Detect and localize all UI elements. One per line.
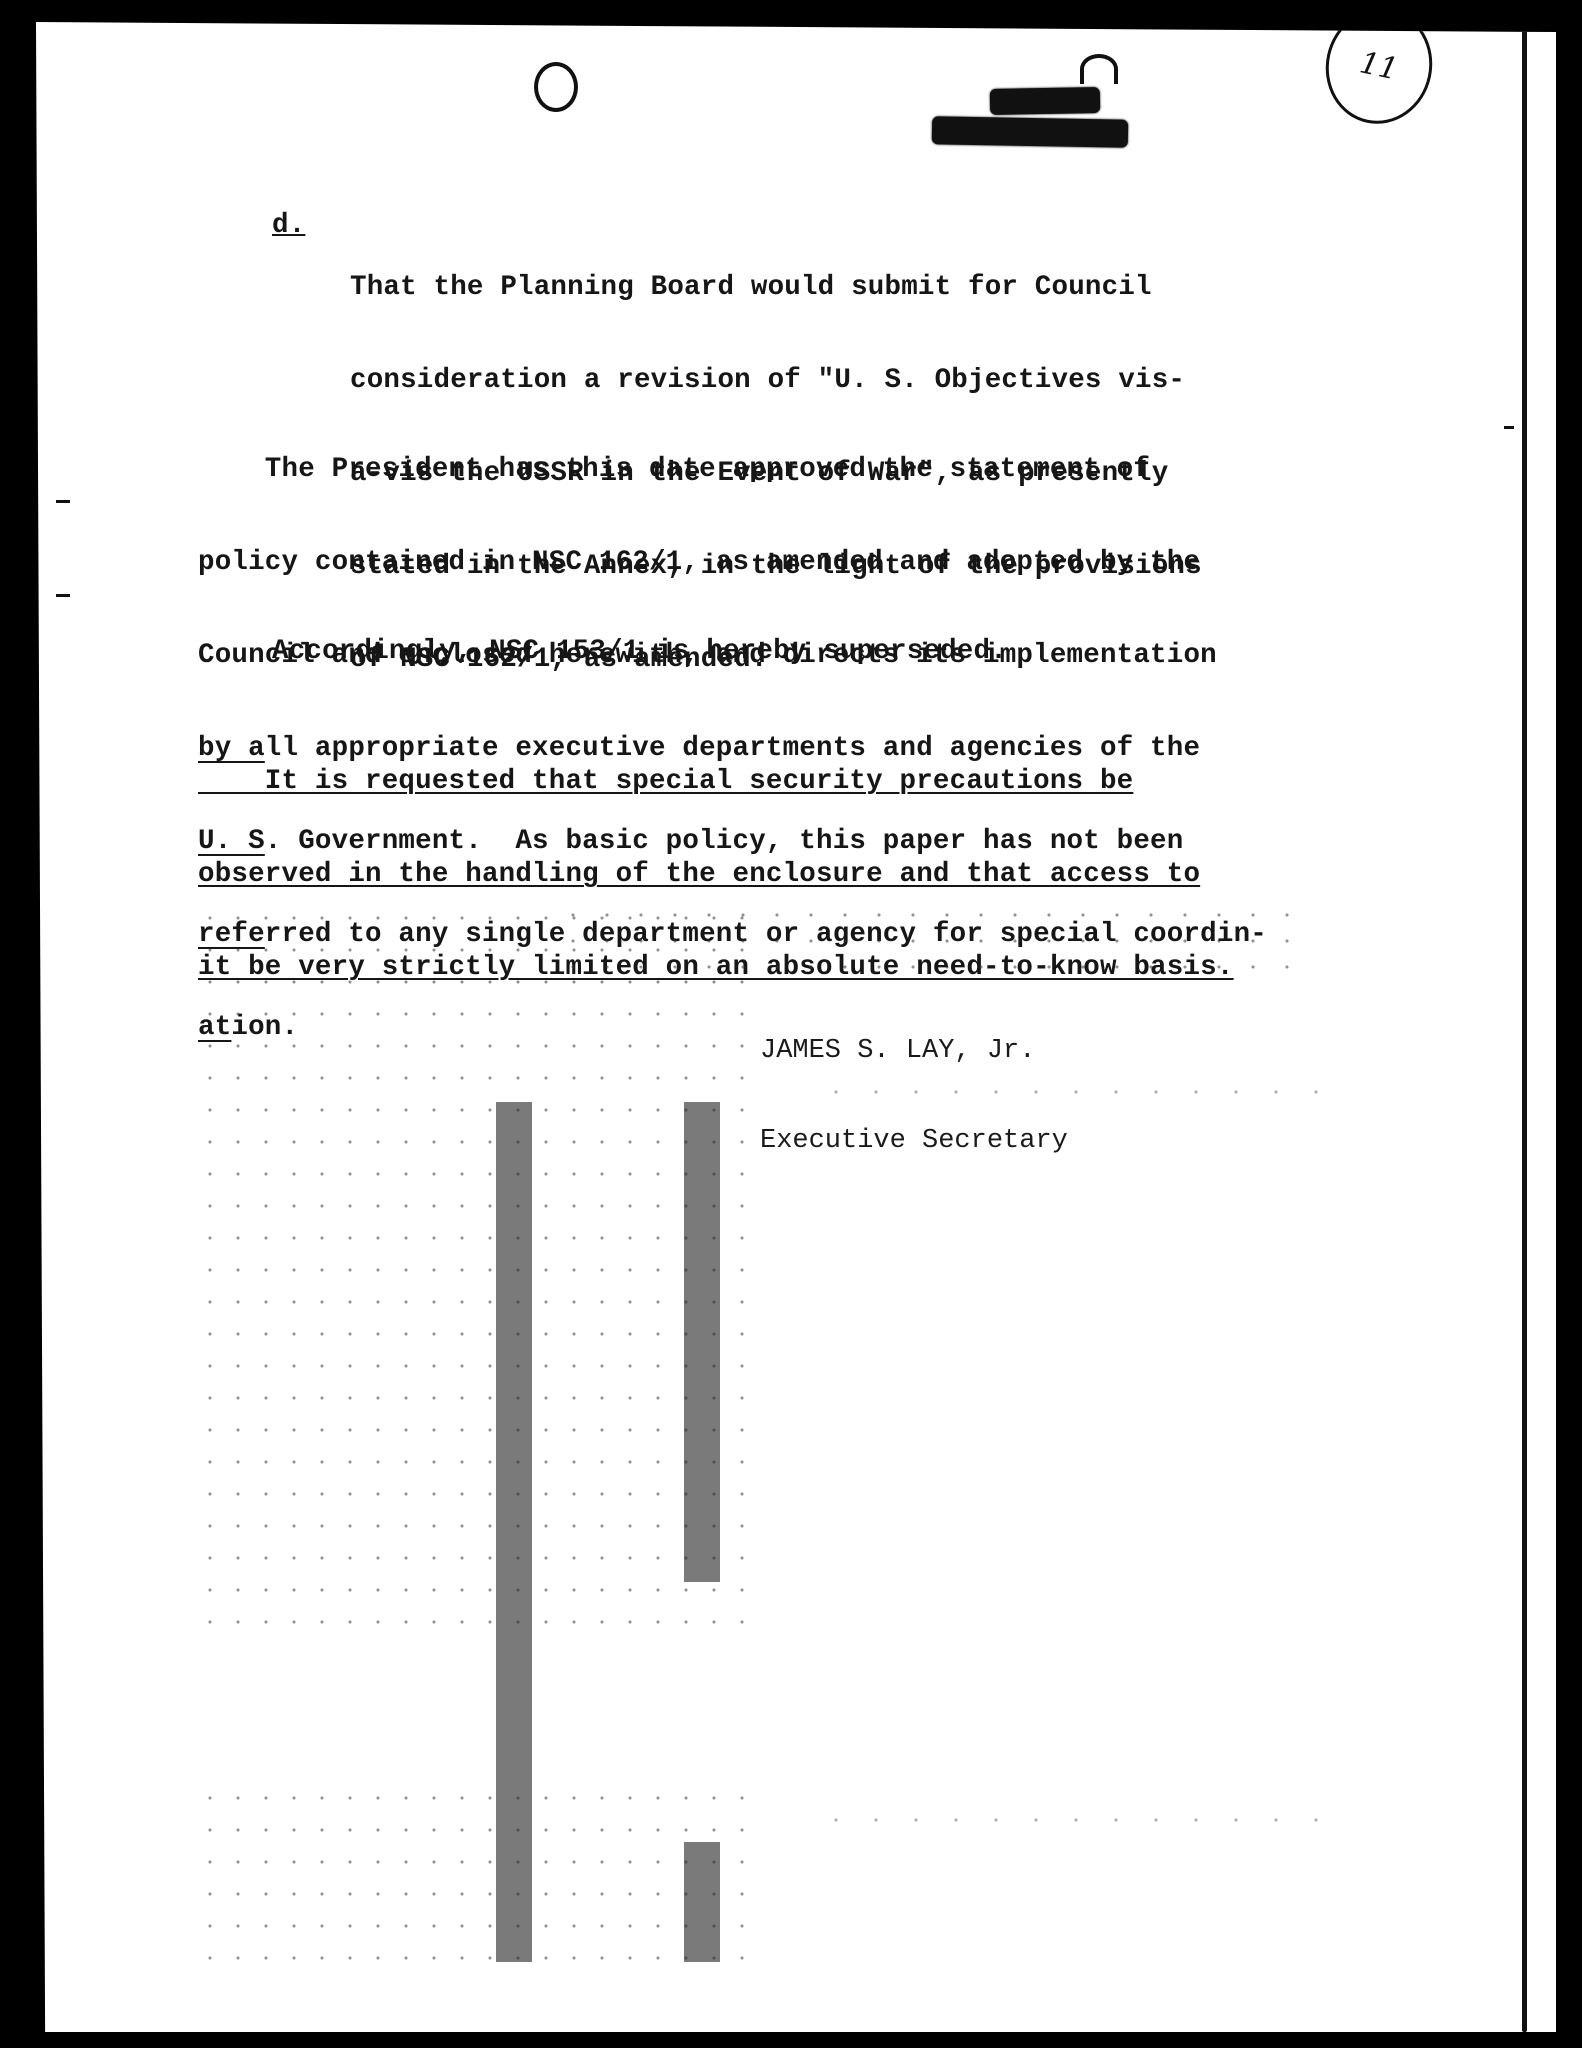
- scan-noise-dots: [556, 902, 1296, 982]
- punch-hole-mark-left: [534, 62, 578, 112]
- scan-noise-dots: [196, 1782, 756, 1962]
- signatory-name: JAMES S. LAY, Jr.: [760, 1036, 1068, 1066]
- signature-block: JAMES S. LAY, Jr. Executive Secretary: [760, 976, 1068, 1216]
- signatory-title: Executive Secretary: [760, 1126, 1068, 1156]
- margin-mark: [1504, 426, 1514, 429]
- punch-hole-mark-center: [1080, 54, 1118, 84]
- margin-mark: [56, 594, 70, 597]
- text-line: The President has this date approved the…: [198, 454, 1267, 485]
- page-number-text: 11: [1357, 45, 1402, 87]
- text-line: It is requested that special security pr…: [198, 766, 1234, 797]
- scan-noise-dots: [196, 902, 756, 1642]
- text-line: policy contained in NSC 162/1, as amende…: [198, 547, 1267, 578]
- text-line: observed in the handling of the enclosur…: [198, 859, 1234, 890]
- scan-noise-dashes: [684, 1102, 754, 1582]
- margin-mark: [56, 500, 70, 503]
- paragraph-d-marker: d.: [272, 210, 305, 241]
- scan-noise-dots: [816, 1810, 1336, 1830]
- document-page: 11 d. That the Planning Board would subm…: [36, 22, 1556, 2032]
- redaction-block: [990, 87, 1100, 115]
- handwritten-page-number: 11: [1315, 0, 1443, 134]
- vertical-margin-rule: [1522, 22, 1527, 2032]
- paragraph-superseded: Accordingly, NSC 153/1 is hereby superse…: [272, 636, 1007, 667]
- scan-noise-dashes: [496, 1102, 566, 1842]
- text-line: That the Planning Board would submit for…: [350, 272, 1202, 303]
- scan-noise-dashes: [684, 1842, 754, 1962]
- redaction-block: [932, 116, 1128, 147]
- scan-noise-dashes: [496, 1842, 566, 1962]
